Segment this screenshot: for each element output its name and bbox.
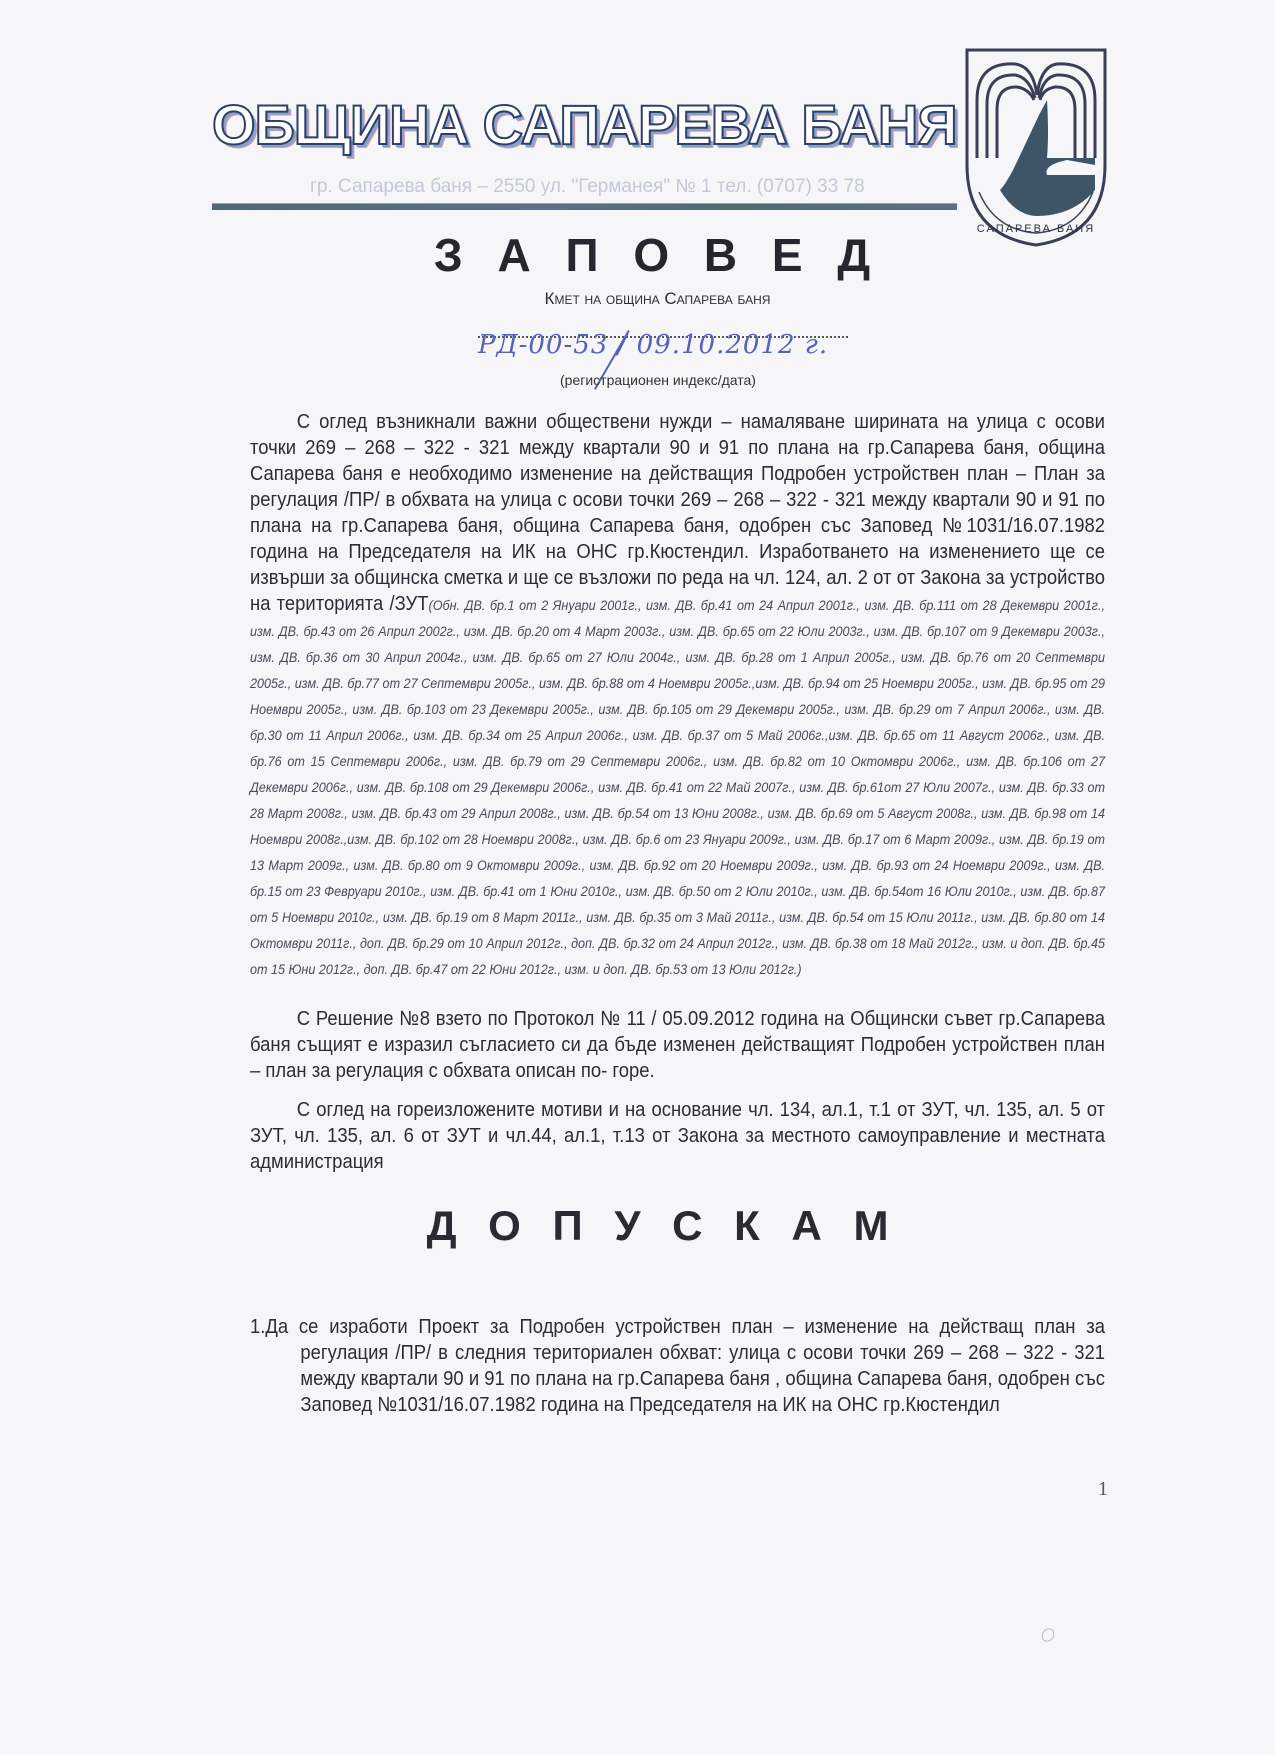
letterhead-divider <box>212 203 957 210</box>
registration-caption: (регистрационен индекс/дата) <box>560 372 756 388</box>
page-number: 1 <box>1098 1478 1108 1501</box>
paragraph-council-decision: С Решение №8 взето по Протокол № 11 / 05… <box>250 1006 1105 1084</box>
letterhead-organization: ОБЩИНА САПАРЕВА БАНЯ <box>212 92 932 157</box>
document-title: З А П О В Е Д <box>0 228 1275 282</box>
decision-item: 1.Да се изработи Проект за Подробен устр… <box>250 1314 1105 1418</box>
fountain-crest-icon: САПАРЕВА БАНЯ <box>955 40 1120 250</box>
law-citation: (Обн. ДВ. бр.1 от 2 Януари 2001г., изм. … <box>250 597 1105 977</box>
paragraph-legal-basis: С оглед на гореизложените мотиви и на ос… <box>250 1097 1105 1175</box>
letterhead-address: гр. Сапарева баня – 2550 ул. "Германея" … <box>310 176 865 198</box>
paragraph-motivation: С оглед възникнали важни обществени нужд… <box>250 409 1105 981</box>
document-issuer: Кмет на община Сапарева баня <box>0 289 1275 309</box>
registration-handwritten-value: РД-00-53 / 09.10.2012 г. <box>478 330 828 360</box>
scan-artifact-speck <box>1039 1626 1057 1644</box>
decision-heading: Д О П У С К А М <box>0 1202 1275 1250</box>
paragraph-motivation-text: С оглед възникнали важни обществени нужд… <box>250 410 1105 615</box>
